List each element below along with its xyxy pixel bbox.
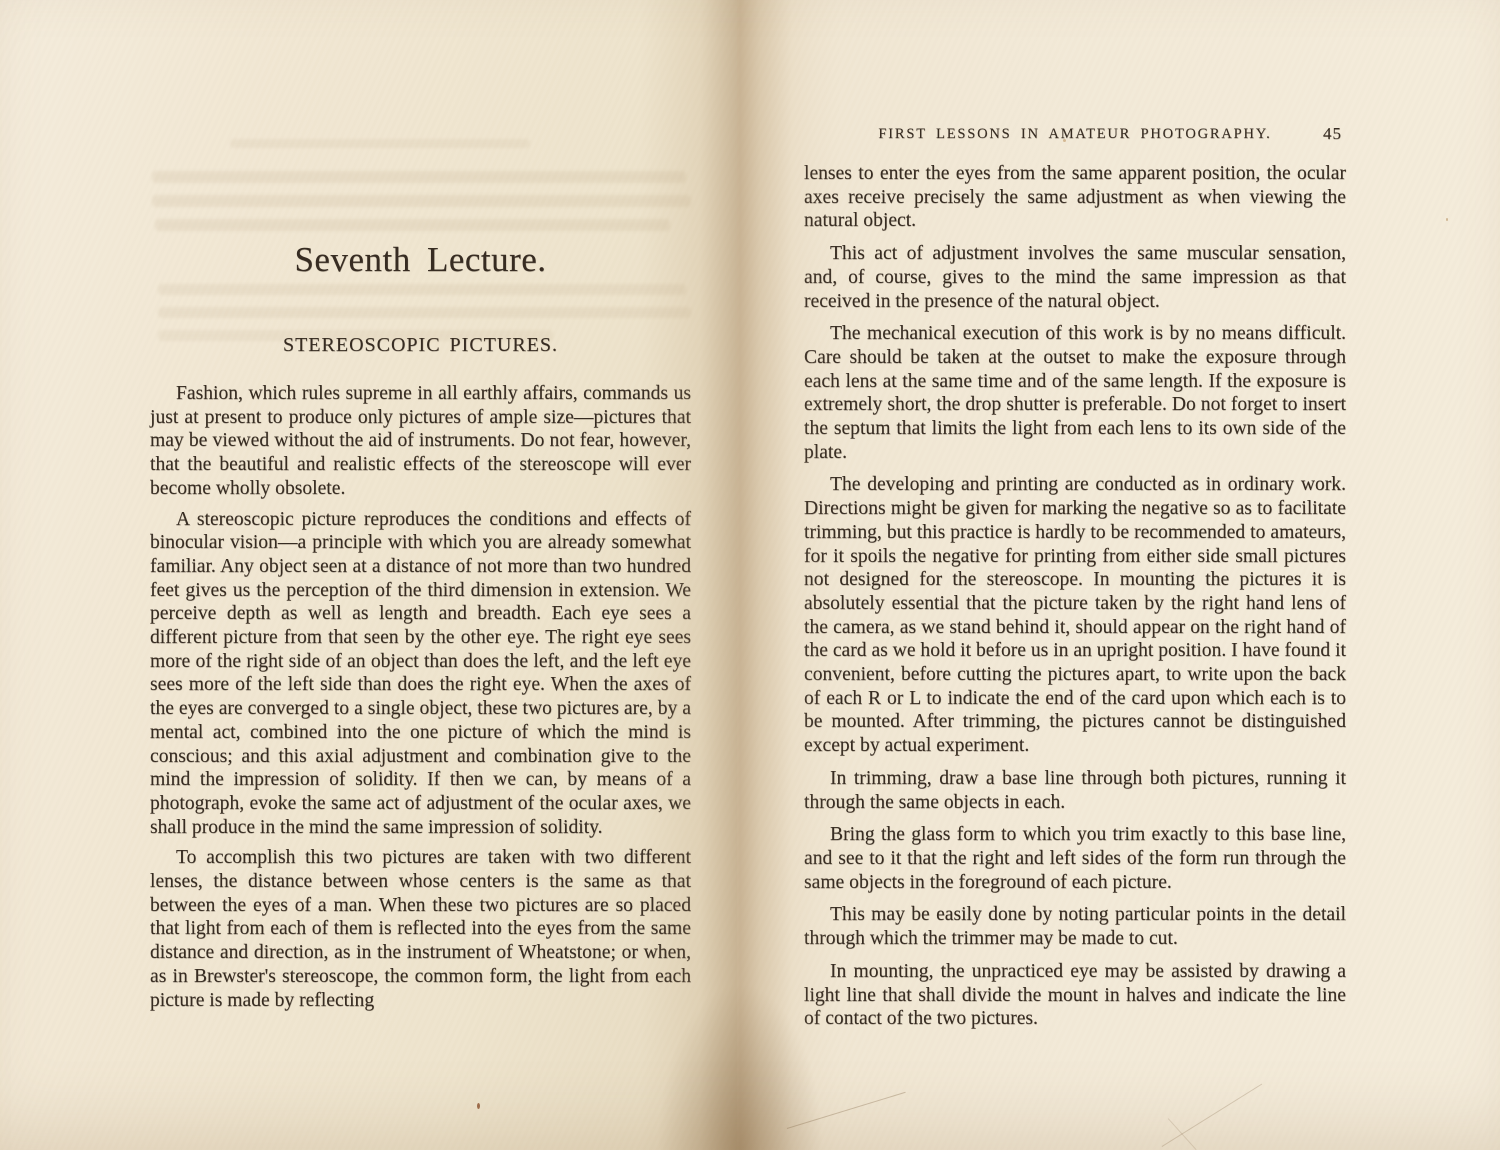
book-scan: Seventh Lecture. STEREOSCOPIC PICTURES. …: [0, 0, 1500, 1150]
running-header-text: FIRST LESSONS IN AMATEUR PHOTOGRAPHY.: [878, 126, 1271, 142]
paragraph: lenses to enter the eyes from the same a…: [804, 162, 1346, 233]
paragraph: In mounting, the unpracticed eye may be …: [804, 960, 1346, 1031]
paragraph: A stereoscopic picture reproduces the co…: [150, 508, 691, 840]
paragraph: Fashion, which rules supreme in all eart…: [150, 382, 691, 501]
paragraph: To accomplish this two pictures are take…: [150, 846, 691, 1012]
page-number: 45: [1323, 124, 1342, 144]
right-page-body: lenses to enter the eyes from the same a…: [804, 162, 1346, 1031]
paragraph: In trimming, draw a base line through bo…: [804, 767, 1346, 814]
paragraph: The mechanical execution of this work is…: [804, 322, 1346, 464]
right-page-text-column: FIRST LESSONS IN AMATEUR PHOTOGRAPHY. 45…: [804, 0, 1346, 1031]
paragraph: This act of adjustment involves the same…: [804, 242, 1346, 313]
running-header: FIRST LESSONS IN AMATEUR PHOTOGRAPHY. 45: [804, 126, 1346, 146]
lecture-title: Seventh Lecture.: [150, 242, 691, 278]
paragraph: The developing and printing are conducte…: [804, 473, 1346, 757]
left-page-body: Fashion, which rules supreme in all eart…: [150, 382, 691, 1012]
left-page-text-column: Seventh Lecture. STEREOSCOPIC PICTURES. …: [150, 0, 691, 1012]
paragraph: Bring the glass form to which you trim e…: [804, 823, 1346, 894]
paragraph: This may be easily done by noting partic…: [804, 903, 1346, 950]
section-heading: STEREOSCOPIC PICTURES.: [150, 334, 691, 356]
